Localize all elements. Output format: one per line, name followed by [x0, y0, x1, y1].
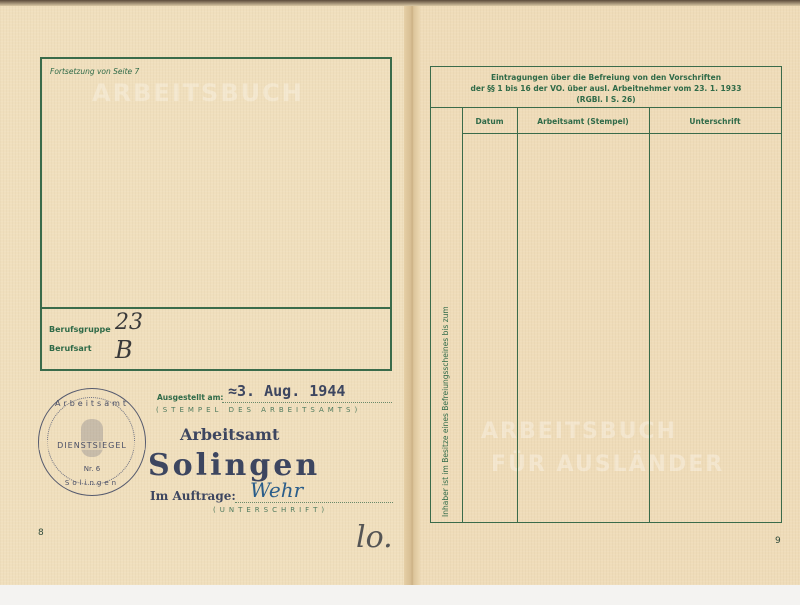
table-header: Eintragungen über die Befreiung von den …: [431, 67, 781, 108]
seal-top-text: Arbeitsamt: [39, 399, 145, 408]
seal-emblem-placeholder: [81, 419, 103, 457]
column-header-unterschrift: Unterschrift: [649, 108, 781, 134]
exemption-table: Eintragungen über die Befreiung von den …: [430, 66, 782, 523]
on-behalf-label: Im Auftrage:: [150, 489, 236, 503]
column-header-arbeitsamt: Arbeitsamt (Stempel): [517, 108, 649, 134]
header-line-3: (RGBl. I S. 26): [431, 94, 781, 105]
watermark-line-2: FÜR AUSLÄNDER: [491, 452, 724, 477]
office-stamp-line1: Arbeitsamt: [180, 425, 279, 444]
issued-date-stamp: ≈3. Aug. 1944: [228, 382, 345, 400]
open-document-spread: Fortsetzung von Seite 7 ARBEITSBUCH Beru…: [0, 0, 800, 585]
page-number-left: 8: [38, 528, 44, 538]
box-header: Fortsetzung von Seite 7: [50, 67, 139, 76]
pencil-annotation: lo.: [356, 520, 393, 555]
berufsgruppe-label: Berufsgruppe: [49, 325, 111, 334]
header-line-1: Eintragungen über die Befreiung von den …: [431, 72, 781, 83]
column-divider-2: [517, 108, 518, 522]
book-gutter: [404, 6, 420, 585]
issued-date-line: [222, 402, 392, 403]
box-divider: [40, 307, 392, 309]
berufsgruppe-value: 23: [115, 310, 143, 335]
background-margin: [0, 585, 800, 605]
page-number-right: 9: [775, 536, 781, 546]
official-signature: Wehr: [250, 478, 303, 502]
column-divider-1: [462, 108, 463, 522]
column-header-datum: Datum: [462, 108, 517, 134]
header-line-2: der §§ 1 bis 16 der VO. über ausl. Arbei…: [431, 83, 781, 94]
seal-bottom-text: Solingen: [39, 479, 145, 487]
stamp-caption: (STEMPEL DES ARBEITSAMTS): [156, 406, 361, 414]
signature-line: [235, 502, 393, 503]
issued-label: Ausgestellt am:: [157, 393, 223, 402]
watermark-text: ARBEITSBUCH: [92, 79, 304, 107]
side-label-vertical: Inhaber ist im Besitze eines Befreiungss…: [441, 306, 450, 517]
signature-caption: (UNTERSCHRIFT): [213, 506, 328, 514]
berufsart-label: Berufsart: [49, 344, 92, 353]
column-divider-3: [649, 108, 650, 522]
seal-center-text: DIENSTSIEGEL: [39, 441, 145, 450]
official-seal-stamp: Arbeitsamt DIENSTSIEGEL Nr. 6 Solingen: [38, 388, 146, 496]
berufsart-value: B: [115, 336, 133, 364]
watermark-line-1: ARBEITSBUCH: [481, 419, 677, 444]
continuation-box: Fortsetzung von Seite 7 ARBEITSBUCH: [40, 57, 392, 371]
seal-number: Nr. 6: [39, 465, 145, 473]
